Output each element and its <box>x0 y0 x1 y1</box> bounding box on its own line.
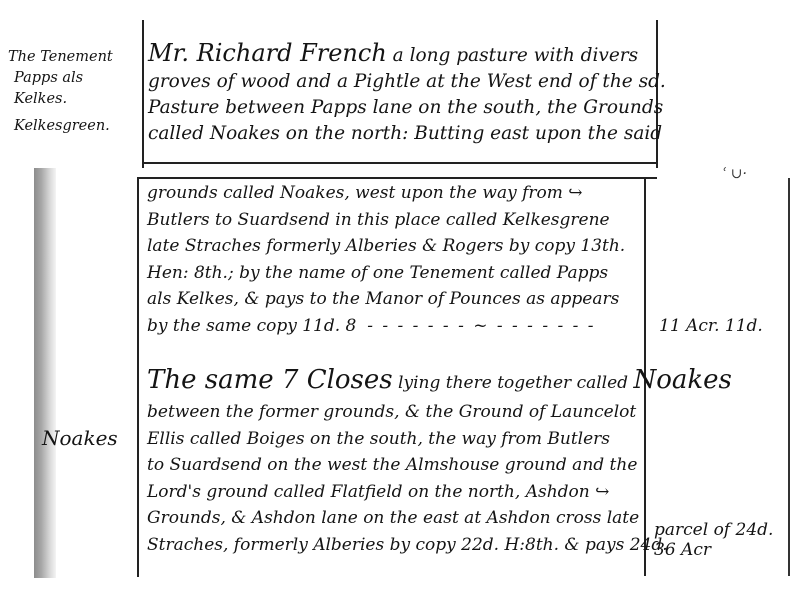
text-line: Pasture between Papps lane on the south,… <box>148 95 656 121</box>
text-line: Straches, formerly Alberies by copy 22d.… <box>147 532 642 559</box>
text-line: Mr. Richard French a long pasture with d… <box>148 40 656 69</box>
entry-lead: The same 7 Closes <box>147 365 393 395</box>
column-rule-left <box>142 20 144 168</box>
entry-papps-text: grounds called Noakes, west upon the way… <box>147 180 642 339</box>
text-line: between the former grounds, & the Ground… <box>147 399 642 426</box>
page-gutter-shadow <box>34 168 56 578</box>
text-segment: a long pasture with divers <box>387 45 638 66</box>
column-rule-outer <box>788 178 790 576</box>
text-segment: by the same copy 11d. 8 <box>147 316 356 336</box>
entry-noakes-text: The same 7 Closes lying there together c… <box>147 364 642 558</box>
text-line: by the same copy 11d. 8 - - - - - - - ~ … <box>147 313 642 340</box>
entry-french-text: Mr. Richard French a long pasture with d… <box>148 40 656 147</box>
margin-line: Papps als <box>8 68 142 89</box>
row-rule-top <box>137 177 657 179</box>
amount-line: 36 Acr <box>654 540 773 560</box>
top-fragment: The Tenement Papps als Kelkes. Kelkesgre… <box>0 0 800 170</box>
margin-note-papps: The Tenement Papps als Kelkes. Kelkesgre… <box>8 47 142 137</box>
text-line: late Straches formerly Alberies & Rogers… <box>147 233 642 260</box>
entry-papps-amount: 11 Acr. 11d. <box>659 316 763 336</box>
margin-line: The Tenement <box>8 47 142 68</box>
stray-mark: ʿ ∪· <box>722 166 747 182</box>
row-rule-bottom <box>142 162 658 164</box>
entry-owner-name: Mr. Richard French <box>148 39 387 67</box>
entry-noakes-amount: parcel of 24d. 36 Acr <box>654 520 773 560</box>
amount-line: parcel of 24d. <box>654 520 773 540</box>
manuscript-page: ʿ ∪· grounds called Noakes, west upon th… <box>34 168 800 578</box>
text-line: groves of wood and a Pightle at the West… <box>148 69 656 95</box>
text-line: Butlers to Suardsend in this place calle… <box>147 207 642 234</box>
margin-line: Kelkesgreen. <box>8 116 142 137</box>
column-rule-margin <box>137 177 139 577</box>
text-line: als Kelkes, & pays to the Manor of Pounc… <box>147 286 642 313</box>
text-line: Hen: 8th.; by the name of one Tenement c… <box>147 260 642 287</box>
text-line: to Suardsend on the west the Almshouse g… <box>147 452 642 479</box>
text-segment: lying there together called <box>393 373 634 393</box>
text-line: The same 7 Closes lying there together c… <box>147 364 642 399</box>
text-line: Grounds, & Ashdon lane on the east at As… <box>147 505 642 532</box>
margin-line: Kelkes. <box>8 89 142 110</box>
column-rule-right <box>656 20 658 168</box>
text-line: called Noakes on the north: Butting east… <box>148 121 656 147</box>
text-line: grounds called Noakes, west upon the way… <box>147 180 642 207</box>
place-name: Noakes <box>633 365 731 395</box>
text-line: Ellis called Boiges on the south, the wa… <box>147 426 642 453</box>
line-filler-dashes: - - - - - - - ~ - - - - - - - <box>367 316 595 336</box>
text-line: Lord's ground called Flatfield on the no… <box>147 479 642 506</box>
margin-note-noakes: Noakes <box>42 426 118 450</box>
